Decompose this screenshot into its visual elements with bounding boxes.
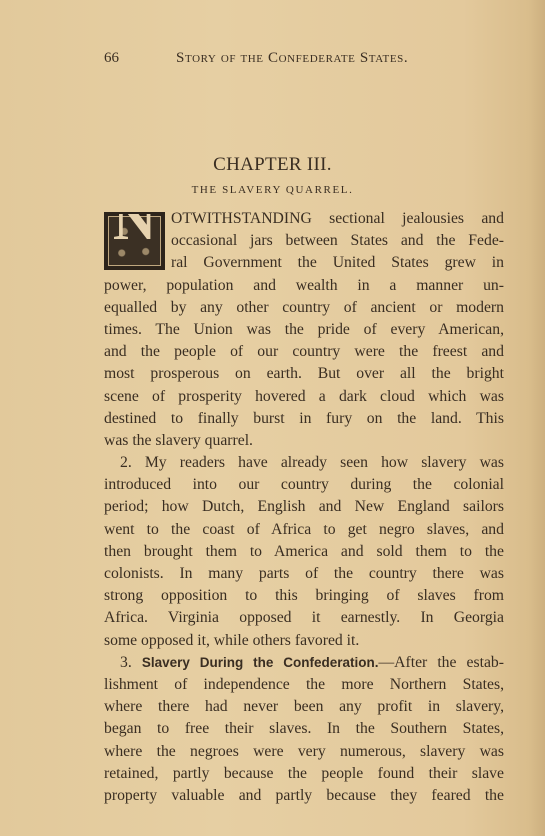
paragraph-1-line: equalled by any other country of ancient… xyxy=(104,297,504,319)
paragraph-3-line: retained, partly because the people foun… xyxy=(104,763,504,785)
paper-speck xyxy=(384,772,386,774)
page-number: 66 xyxy=(104,50,119,67)
section-heading: Slavery During the Confederation. xyxy=(142,655,379,670)
paragraph-3-text: —After the estab- xyxy=(378,654,504,671)
paragraph-3-line: property valuable and partly because the… xyxy=(104,785,504,807)
paragraph-2-line: strong opposition to this bringing of sl… xyxy=(104,585,504,607)
running-head: 66 Story of the Confederate States. xyxy=(104,50,504,70)
paragraph-3-line: where there had never been any profit in… xyxy=(104,696,504,718)
paragraph-1-line: destined to finally burst in fury on the… xyxy=(104,408,504,430)
paragraph-1-line: and the people of our country were the f… xyxy=(104,341,504,363)
paragraph-1-line: most prosperous on earth. But over all t… xyxy=(104,363,504,385)
body-text: N OTWITHSTANDING sectional jealousies an… xyxy=(104,208,504,807)
paragraph-1-line: times. The Union was the pride of every … xyxy=(104,319,504,341)
paragraph-2-line: introduced into our country during the c… xyxy=(104,474,504,496)
paragraph-3-line: began to free their slaves. In the South… xyxy=(104,718,504,740)
paragraph-2-line: Africa. Virginia opposed it earnestly. I… xyxy=(104,607,504,629)
paragraph-1-line: was the slavery quarrel. xyxy=(104,430,504,452)
paragraph-3-line: where the negroes were very numerous, sl… xyxy=(104,741,504,763)
paragraph-3-number: 3. xyxy=(120,654,132,671)
chapter-title: THE SLAVERY QUARREL. xyxy=(0,184,545,196)
decorative-dropcap-icon: N xyxy=(104,212,165,270)
book-page: 66 Story of the Confederate States. CHAP… xyxy=(0,0,545,836)
paragraph-2-line: then brought them to America and sold th… xyxy=(104,541,504,563)
paragraph-1-line: power, population and wealth in a manner… xyxy=(104,275,504,297)
chapter-number: CHAPTER III. xyxy=(0,154,545,176)
paragraph-3-line: lishment of independence the more Northe… xyxy=(104,674,504,696)
running-title: Story of the Confederate States. xyxy=(176,50,408,67)
paragraph-2-line: 2. My readers have already seen how slav… xyxy=(104,452,504,474)
paragraph-2-line: went to the coast of Africa to get negro… xyxy=(104,519,504,541)
paragraph-2-line: some opposed it, while others favored it… xyxy=(104,630,504,652)
paragraph-1-line: scene of prosperity hovered a dark cloud… xyxy=(104,386,504,408)
paragraph-3-heading-line: 3. Slavery During the Confederation.—Aft… xyxy=(104,652,504,674)
paragraph-2-line: colonists. In many parts of the country … xyxy=(104,563,504,585)
paragraph-2-line: period; how Dutch, English and New Engla… xyxy=(104,496,504,518)
dropcap-letter: N xyxy=(106,212,163,230)
